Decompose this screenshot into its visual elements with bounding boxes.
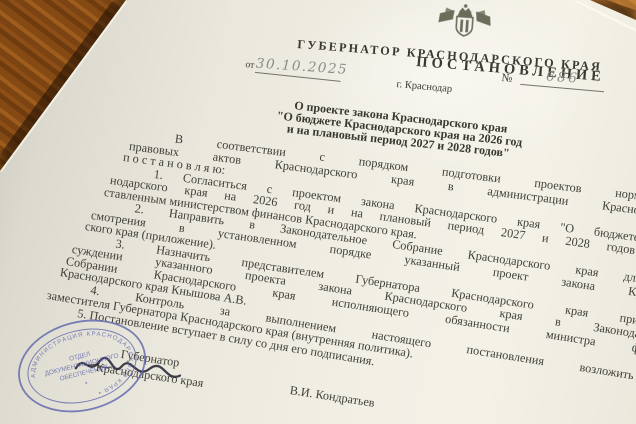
photo-of-document: ГУБЕРНАТОР КРАСНОДАРСКОГО КРАЯ ПОСТАНОВЛ… xyxy=(0,0,636,424)
date-field: 30.10.2025 xyxy=(255,53,343,82)
signer-name: В.И. Кондратьев xyxy=(289,383,376,411)
handwritten-date: 30.10.2025 xyxy=(255,56,348,78)
place-label: г. Краснодар xyxy=(396,79,453,95)
krasnodar-krai-coat-of-arms-icon xyxy=(434,1,495,45)
office-stamp: АДМИНИСТРАЦИЯ КРАСНОДАРСКОГО КРАЯ • ОТДЕ… xyxy=(6,310,158,424)
number-sign-label: № xyxy=(501,72,513,85)
handwritten-number: 686 xyxy=(546,68,580,86)
stamp-center-line: * xyxy=(85,381,90,389)
date-prefix-label: от xyxy=(245,60,255,71)
